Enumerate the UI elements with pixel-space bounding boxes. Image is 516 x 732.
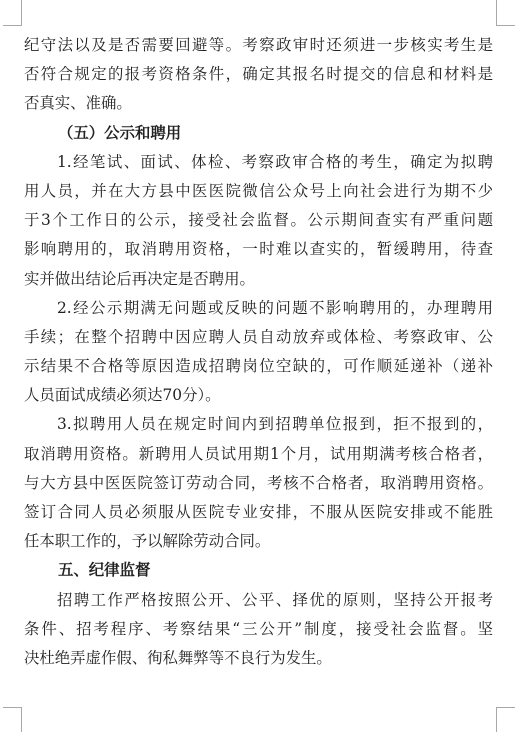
page-corner-mark-top-left [3, 0, 22, 26]
page-corner-mark-top-right [496, 0, 515, 26]
text-line: 纪守法以及是否需要回避等。考察政审时还须进一步核实考生是 [24, 31, 493, 60]
paragraph-item-3: 3.拟聘用人员在规定时间内到招聘单位报到，拒不报到的， 取消聘用资格。新聘用人员… [24, 410, 493, 556]
text-line: 实并做出结论后再决定是否聘用。 [24, 265, 493, 294]
document-page: 纪守法以及是否需要回避等。考察政审时还须进一步核实考生是 否符合规定的报考资格条… [24, 31, 493, 673]
paragraph-item-2: 2.经公示期满无问题或反映的问题不影响聘用的，办理聘用 手续；在整个招聘中因应聘… [24, 294, 493, 411]
text-line: 影响聘用的，取消聘用资格，一时难以查实的，暂缓聘用，待查 [24, 235, 493, 264]
text-line: 取消聘用资格。新聘用人员试用期1个月，试用期满考核合格者， [24, 440, 493, 469]
section-heading: 五、纪律监督 [24, 556, 493, 585]
text-line: 否真实、准确。 [24, 89, 493, 118]
text-line: 3.拟聘用人员在规定时间内到招聘单位报到，拒不报到的， [24, 410, 493, 439]
text-line: 否符合规定的报考资格条件，确定其报名时提交的信息和材料是 [24, 60, 493, 89]
text-line: 人员面试成绩必须达70分）。 [24, 381, 493, 410]
text-line: 决杜绝弄虚作假、徇私舞弊等不良行为发生。 [24, 644, 493, 673]
paragraph-discipline: 招聘工作严格按照公开、公平、择优的原则，坚持公开报考 条件、招考程序、考察结果“… [24, 586, 493, 674]
text-line: 条件、招考程序、考察结果“三公开”制度，接受社会监督。坚 [24, 615, 493, 644]
page-corner-mark-bottom-right [496, 707, 515, 732]
text-line: 于3个工作日的公示，接受社会监督。公示期间查实有严重问题 [24, 206, 493, 235]
text-line: 1.经笔试、面试、体检、考察政审合格的考生，确定为拟聘 [24, 148, 493, 177]
text-line: 招聘工作严格按照公开、公平、择优的原则，坚持公开报考 [24, 586, 493, 615]
text-line: 用人员，并在大方县中医医院微信公众号上向社会进行为期不少 [24, 177, 493, 206]
text-line: 示结果不合格等原因造成招聘岗位空缺的，可作顺延递补（递补 [24, 352, 493, 381]
page-corner-mark-bottom-left [3, 707, 22, 732]
paragraph-item-1: 1.经笔试、面试、体检、考察政审合格的考生，确定为拟聘 用人员，并在大方县中医医… [24, 148, 493, 294]
text-line: 手续；在整个招聘中因应聘人员自动放弃或体检、考察政审、公 [24, 323, 493, 352]
text-line: 任本职工作的，予以解除劳动合同。 [24, 527, 493, 556]
text-line: 与大方县中医医院签订劳动合同，考核不合格者，取消聘用资格。 [24, 469, 493, 498]
text-line: 签订合同人员必须服从医院专业安排，不服从医院安排或不能胜 [24, 498, 493, 527]
section-subheading: （五）公示和聘用 [24, 119, 493, 148]
text-line: 2.经公示期满无问题或反映的问题不影响聘用的，办理聘用 [24, 294, 493, 323]
paragraph-continuation: 纪守法以及是否需要回避等。考察政审时还须进一步核实考生是 否符合规定的报考资格条… [24, 31, 493, 119]
